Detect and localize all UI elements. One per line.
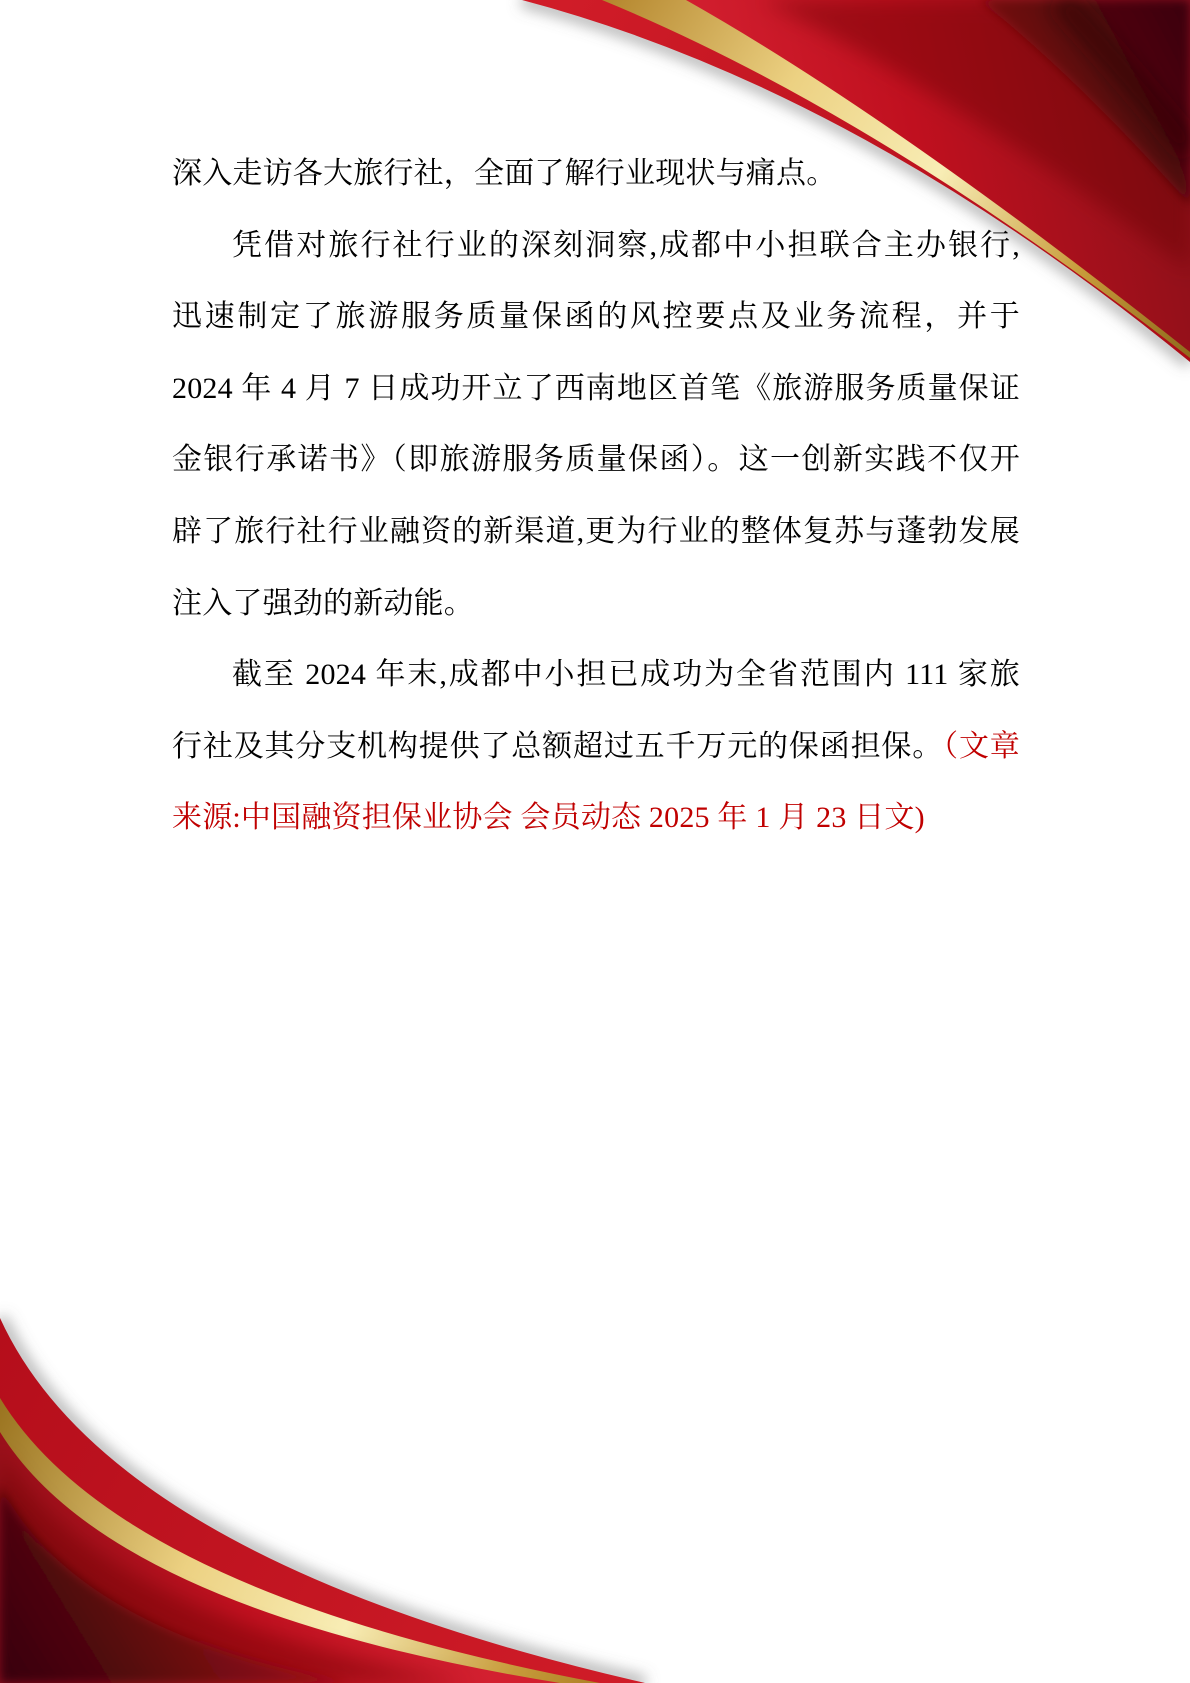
text-line: 来源:中国融资担保业协会 会员动态 2025 年 1 月 23 日文) bbox=[172, 782, 1020, 854]
text-line: 金银行承诺书》（即旅游服务质量保函）。这一创新实践不仅开 bbox=[172, 424, 1020, 496]
text-segment: 深入走访各大旅行社，全面了解行业现状与痛点。 bbox=[172, 157, 836, 190]
text-segment: 迅速制定了旅游服务质量保函的风控要点及业务流程，并于 bbox=[172, 300, 1020, 333]
text-segment: 金银行承诺书》（即旅游服务质量保函）。这一创新实践不仅开 bbox=[172, 443, 1020, 476]
ribbon-shadow bbox=[0, 1318, 645, 1683]
ribbon-maroon-corner bbox=[0, 1485, 350, 1683]
text-segment: 2024 年 4 月 7 日成功开立了西南地区首笔《旅游服务质量保证 bbox=[172, 372, 1020, 405]
text-segment: 注入了强劲的新动能。 bbox=[172, 587, 474, 620]
document-page: { "page": { "background": "#ffffff", "wi… bbox=[0, 0, 1190, 1683]
bottom-left-ribbon-graphic bbox=[0, 1318, 645, 1683]
text-line: 辟了旅行社行业融资的新渠道,更为行业的整体复苏与蓬勃发展 bbox=[172, 496, 1020, 568]
article-text-block: 深入走访各大旅行社，全面了解行业现状与痛点。凭借对旅行社行业的深刻洞察,成都中小… bbox=[172, 138, 1020, 854]
text-line: 深入走访各大旅行社，全面了解行业现状与痛点。 bbox=[172, 138, 1020, 210]
ribbon-red-outer-band bbox=[0, 1318, 645, 1683]
text-segment: 行社及其分支机构提供了总额超过五千万元的保函担保。 bbox=[172, 730, 943, 763]
text-line: 迅速制定了旅游服务质量保函的风控要点及业务流程，并于 bbox=[172, 281, 1020, 353]
ribbon-gold-band bbox=[0, 1398, 600, 1683]
ribbon-corner-fold-line bbox=[1060, 0, 1190, 150]
text-segment: 辟了旅行社行业融资的新渠道,更为行业的整体复苏与蓬勃发展 bbox=[172, 515, 1020, 548]
text-line: 注入了强劲的新动能。 bbox=[172, 568, 1020, 640]
text-segment: 凭借对旅行社行业的深刻洞察,成都中小担联合主办银行, bbox=[232, 229, 1020, 262]
text-line: 截至 2024 年末,成都中小担已成功为全省范围内 111 家旅 bbox=[172, 639, 1020, 711]
ribbon-fold-streak bbox=[0, 1452, 470, 1683]
text-line: 凭借对旅行社行业的深刻洞察,成都中小担联合主办银行, bbox=[172, 210, 1020, 282]
text-line: 行社及其分支机构提供了总额超过五千万元的保函担保。（文章 bbox=[172, 711, 1020, 783]
ribbon-red-inner-band bbox=[0, 1432, 560, 1683]
text-segment: （文章 bbox=[943, 730, 1020, 763]
text-segment: 来源:中国融资担保业协会 会员动态 2025 年 1 月 23 日文) bbox=[172, 801, 925, 834]
text-segment: 截至 2024 年末,成都中小担已成功为全省范围内 111 家旅 bbox=[232, 658, 1020, 691]
text-line: 2024 年 4 月 7 日成功开立了西南地区首笔《旅游服务质量保证 bbox=[172, 353, 1020, 425]
